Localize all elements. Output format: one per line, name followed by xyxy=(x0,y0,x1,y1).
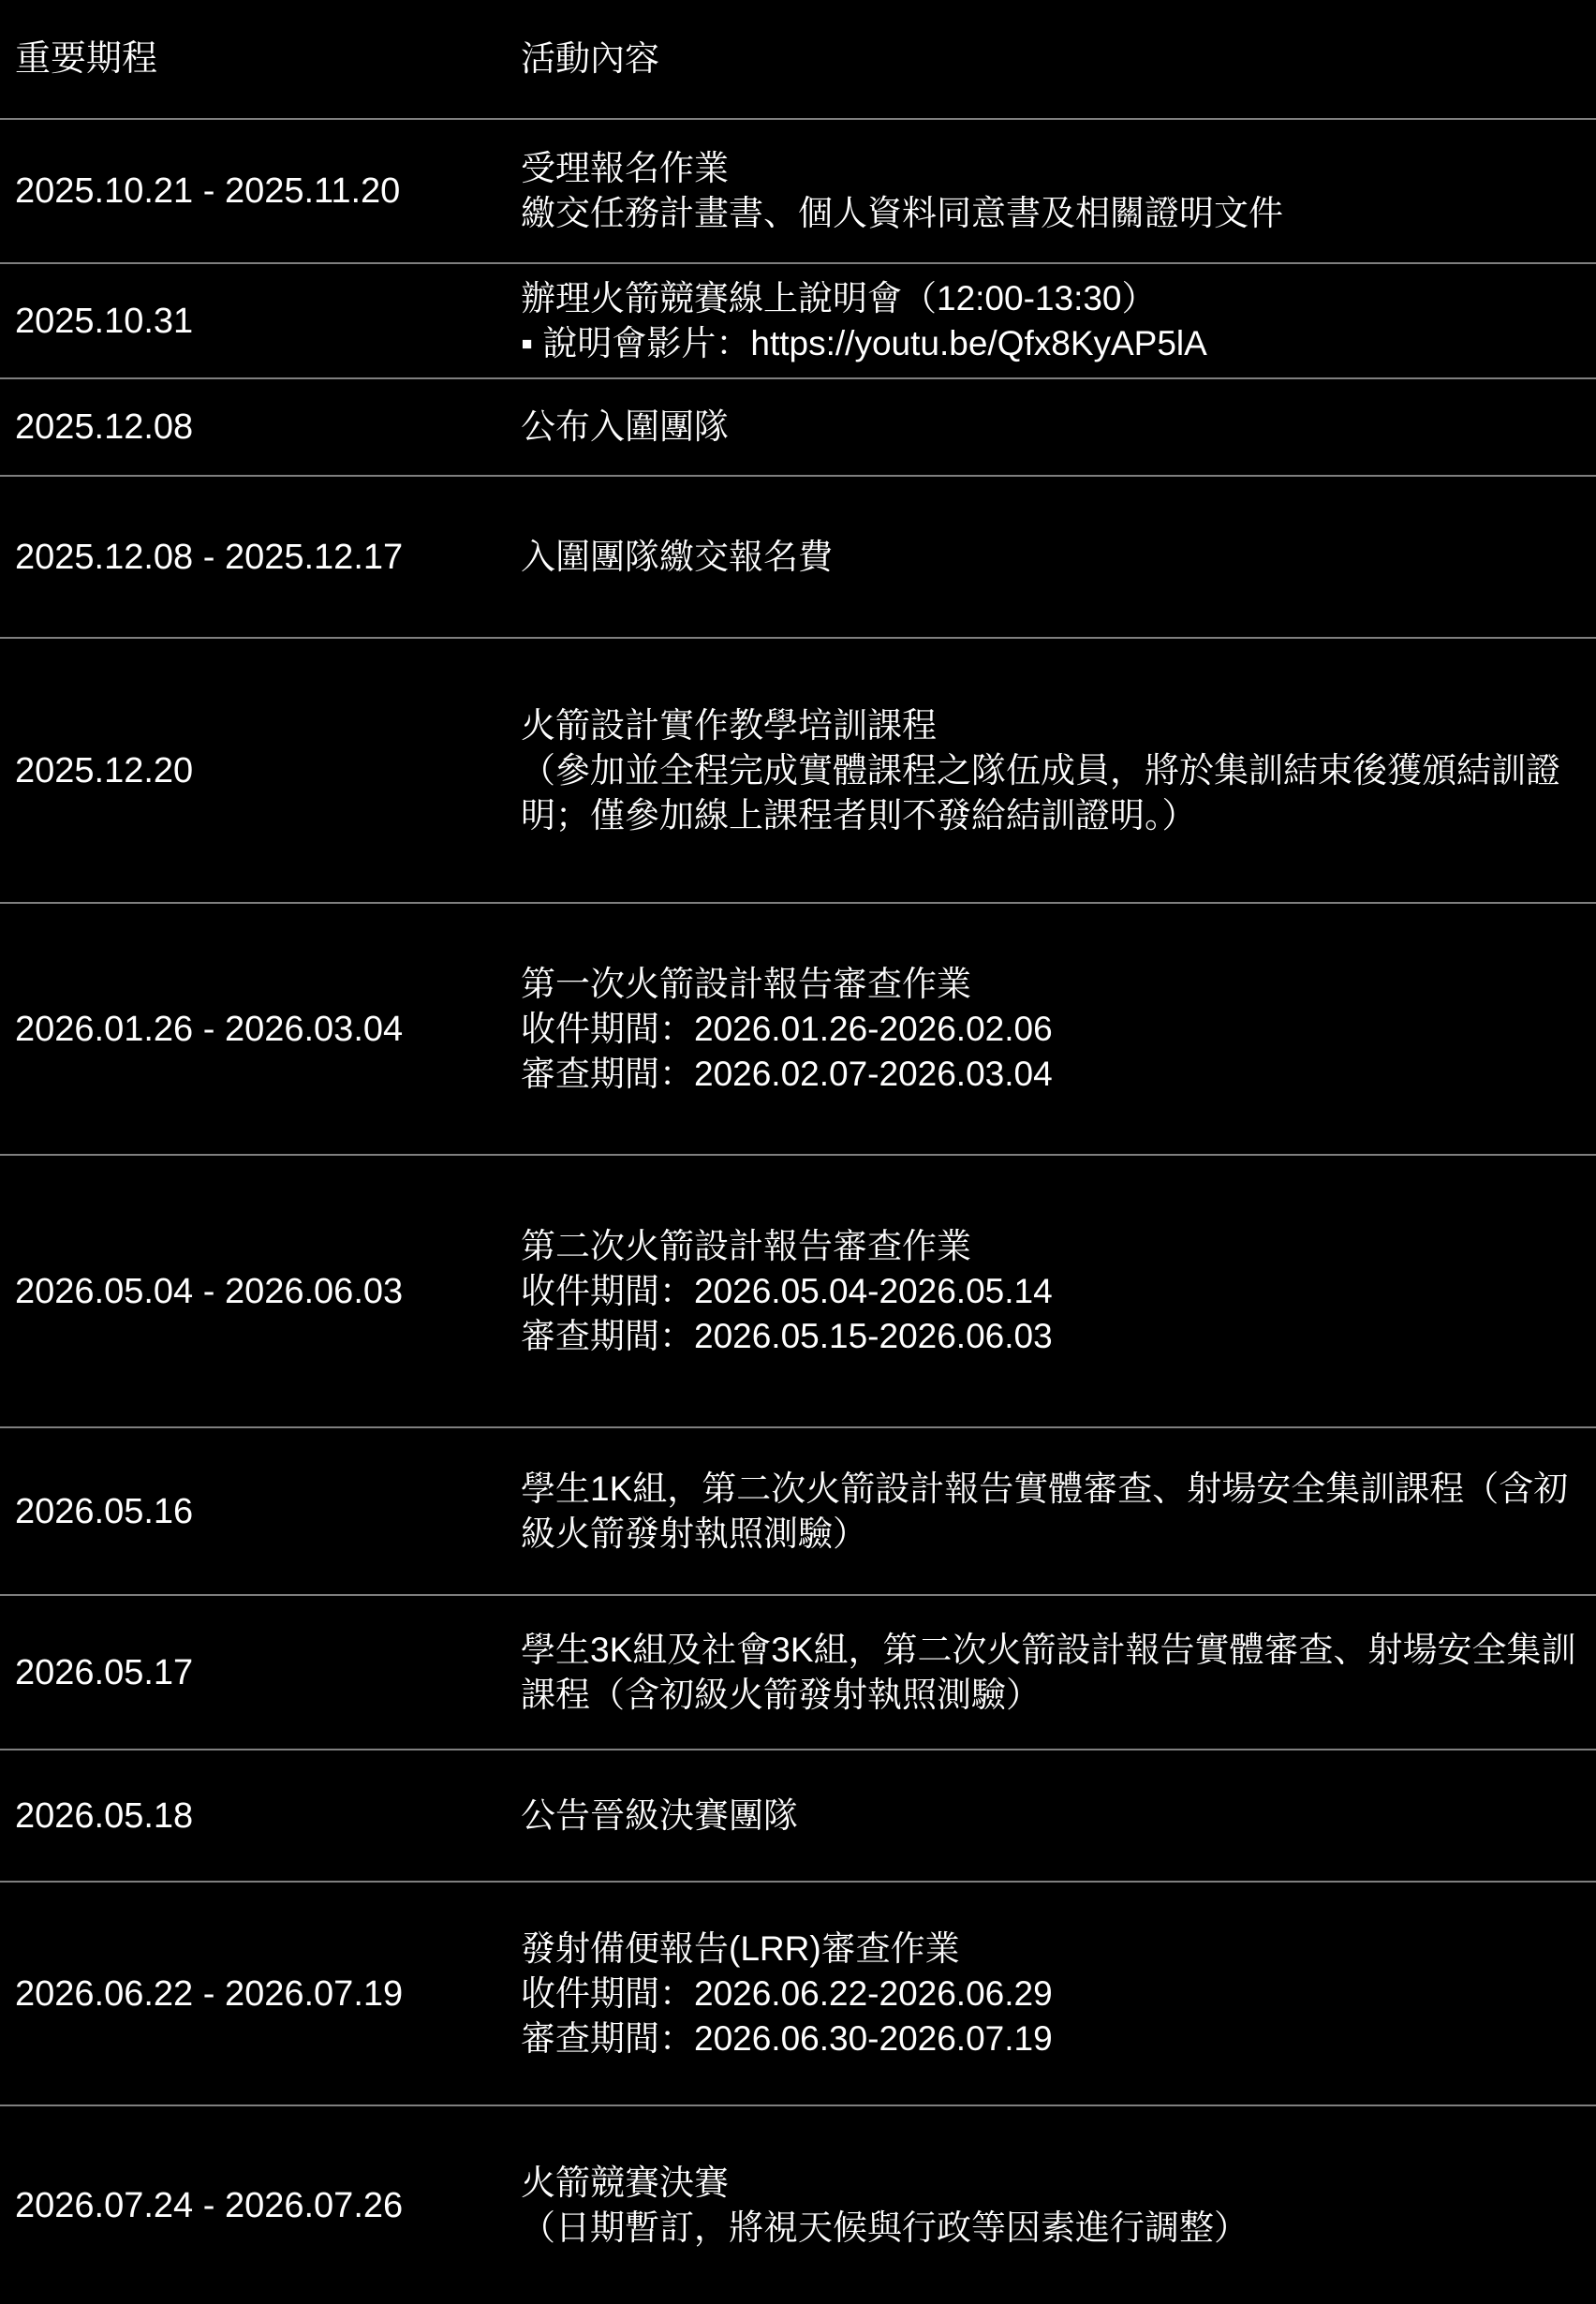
activity-line: 受理報名作業 xyxy=(521,146,1581,191)
activity-line: 學生3K組及社會3K組，第二次火箭設計報告實體審查、射場安全集訓課程（含初級火箭… xyxy=(521,1628,1581,1718)
table-row: 2026.07.24 - 2026.07.26 火箭競賽決賽（日期暫訂，將視天候… xyxy=(0,2105,1596,2304)
activity-line: 審查期間：2026.02.07-2026.03.04 xyxy=(521,1052,1581,1097)
activity-content: 第二次火箭設計報告審查作業收件期間：2026.05.04-2026.05.14審… xyxy=(521,1156,1596,1426)
activity-line: 公告晉級決賽團隊 xyxy=(521,1794,1581,1839)
schedule-date: 2026.05.16 xyxy=(0,1428,521,1594)
activity-line: 收件期間：2026.05.04-2026.05.14 xyxy=(521,1269,1581,1314)
activity-line: 入圍團隊繳交報名費 xyxy=(521,535,1581,580)
table-row: 2025.10.31 辦理火箭競賽線上說明會（12:00-13:30）▪ 說明會… xyxy=(0,262,1596,377)
schedule-date: 2025.12.20 xyxy=(0,639,521,902)
table-row: 2026.05.16 學生1K組，第二次火箭設計報告實體審查、射場安全集訓課程（… xyxy=(0,1426,1596,1594)
activity-content: 第一次火箭設計報告審查作業收件期間：2026.01.26-2026.02.06審… xyxy=(521,904,1596,1154)
activity-content: 火箭競賽決賽（日期暫訂，將視天候與行政等因素進行調整） xyxy=(521,2106,1596,2304)
activity-line: 審查期間：2026.06.30-2026.07.19 xyxy=(521,2016,1581,2061)
activity-line: 發射備便報告(LRR)審查作業 xyxy=(521,1927,1581,1972)
table-row: 2026.05.04 - 2026.06.03 第二次火箭設計報告審查作業收件期… xyxy=(0,1154,1596,1426)
activity-line: 審查期間：2026.05.15-2026.06.03 xyxy=(521,1314,1581,1359)
schedule-date: 2025.12.08 - 2025.12.17 xyxy=(0,477,521,637)
schedule-date: 2025.10.31 xyxy=(0,264,521,377)
table-row: 2025.12.08 公布入圍團隊 xyxy=(0,377,1596,475)
activity-line: 火箭競賽決賽 xyxy=(521,2161,1581,2206)
activity-line: 第一次火箭設計報告審查作業 xyxy=(521,962,1581,1007)
activity-line: 辦理火箭競賽線上說明會（12:00-13:30） xyxy=(521,276,1581,321)
activity-line: 繳交任務計畫書、個人資料同意書及相關證明文件 xyxy=(521,191,1581,236)
activity-content: 學生3K組及社會3K組，第二次火箭設計報告實體審查、射場安全集訓課程（含初級火箭… xyxy=(521,1596,1596,1749)
table-row: 2026.05.18 公告晉級決賽團隊 xyxy=(0,1749,1596,1881)
column-header-activity: 活動內容 xyxy=(521,0,1596,118)
activity-line: （參加並全程完成實體課程之隊伍成員，將於集訓結束後獲頒結訓證明；僅參加線上課程者… xyxy=(521,748,1581,838)
activity-line: 火箭設計實作教學培訓課程 xyxy=(521,703,1581,748)
schedule-date: 2026.07.24 - 2026.07.26 xyxy=(0,2106,521,2304)
schedule-date: 2026.05.17 xyxy=(0,1596,521,1749)
activity-line: 公布入圍團隊 xyxy=(521,405,1581,450)
schedule-table: 重要期程 活動內容 2025.10.21 - 2025.11.20 受理報名作業… xyxy=(0,0,1596,2304)
schedule-date: 2026.06.22 - 2026.07.19 xyxy=(0,1883,521,2105)
activity-line: 第二次火箭設計報告審查作業 xyxy=(521,1224,1581,1269)
table-row: 2026.05.17 學生3K組及社會3K組，第二次火箭設計報告實體審查、射場安… xyxy=(0,1594,1596,1749)
activity-content: 公布入圍團隊 xyxy=(521,379,1596,475)
table-row: 2025.12.08 - 2025.12.17 入圍團隊繳交報名費 xyxy=(0,475,1596,637)
activity-line: 學生1K組，第二次火箭設計報告實體審查、射場安全集訓課程（含初級火箭發射執照測驗… xyxy=(521,1467,1581,1557)
activity-content: 公告晉級決賽團隊 xyxy=(521,1750,1596,1881)
table-row: 2025.12.20 火箭設計實作教學培訓課程（參加並全程完成實體課程之隊伍成員… xyxy=(0,637,1596,902)
activity-content: 學生1K組，第二次火箭設計報告實體審查、射場安全集訓課程（含初級火箭發射執照測驗… xyxy=(521,1428,1596,1594)
table-row: 2026.06.22 - 2026.07.19 發射備便報告(LRR)審查作業收… xyxy=(0,1881,1596,2105)
activity-line: 收件期間：2026.01.26-2026.02.06 xyxy=(521,1007,1581,1052)
activity-line: ▪ 說明會影片：https://youtu.be/Qfx8KyAP5lA xyxy=(521,321,1581,366)
schedule-date: 2025.10.21 - 2025.11.20 xyxy=(0,120,521,262)
schedule-date: 2026.05.18 xyxy=(0,1750,521,1881)
activity-content: 發射備便報告(LRR)審查作業收件期間：2026.06.22-2026.06.2… xyxy=(521,1883,1596,2105)
table-body: 2025.10.21 - 2025.11.20 受理報名作業繳交任務計畫書、個人… xyxy=(0,118,1596,2304)
activity-line: 收件期間：2026.06.22-2026.06.29 xyxy=(521,1972,1581,2016)
activity-line: （日期暫訂，將視天候與行政等因素進行調整） xyxy=(521,2206,1581,2251)
table-row: 2025.10.21 - 2025.11.20 受理報名作業繳交任務計畫書、個人… xyxy=(0,118,1596,262)
schedule-page: 重要期程 活動內容 2025.10.21 - 2025.11.20 受理報名作業… xyxy=(0,0,1596,2304)
activity-content: 火箭設計實作教學培訓課程（參加並全程完成實體課程之隊伍成員，將於集訓結束後獲頒結… xyxy=(521,639,1596,902)
activity-content: 受理報名作業繳交任務計畫書、個人資料同意書及相關證明文件 xyxy=(521,120,1596,262)
schedule-date: 2026.01.26 - 2026.03.04 xyxy=(0,904,521,1154)
schedule-date: 2025.12.08 xyxy=(0,379,521,475)
schedule-date: 2026.05.04 - 2026.06.03 xyxy=(0,1156,521,1426)
column-header-schedule: 重要期程 xyxy=(0,0,521,118)
table-header-row: 重要期程 活動內容 xyxy=(0,0,1596,118)
activity-content: 辦理火箭競賽線上說明會（12:00-13:30）▪ 說明會影片：https://… xyxy=(521,264,1596,377)
table-row: 2026.01.26 - 2026.03.04 第一次火箭設計報告審查作業收件期… xyxy=(0,902,1596,1154)
activity-content: 入圍團隊繳交報名費 xyxy=(521,477,1596,637)
